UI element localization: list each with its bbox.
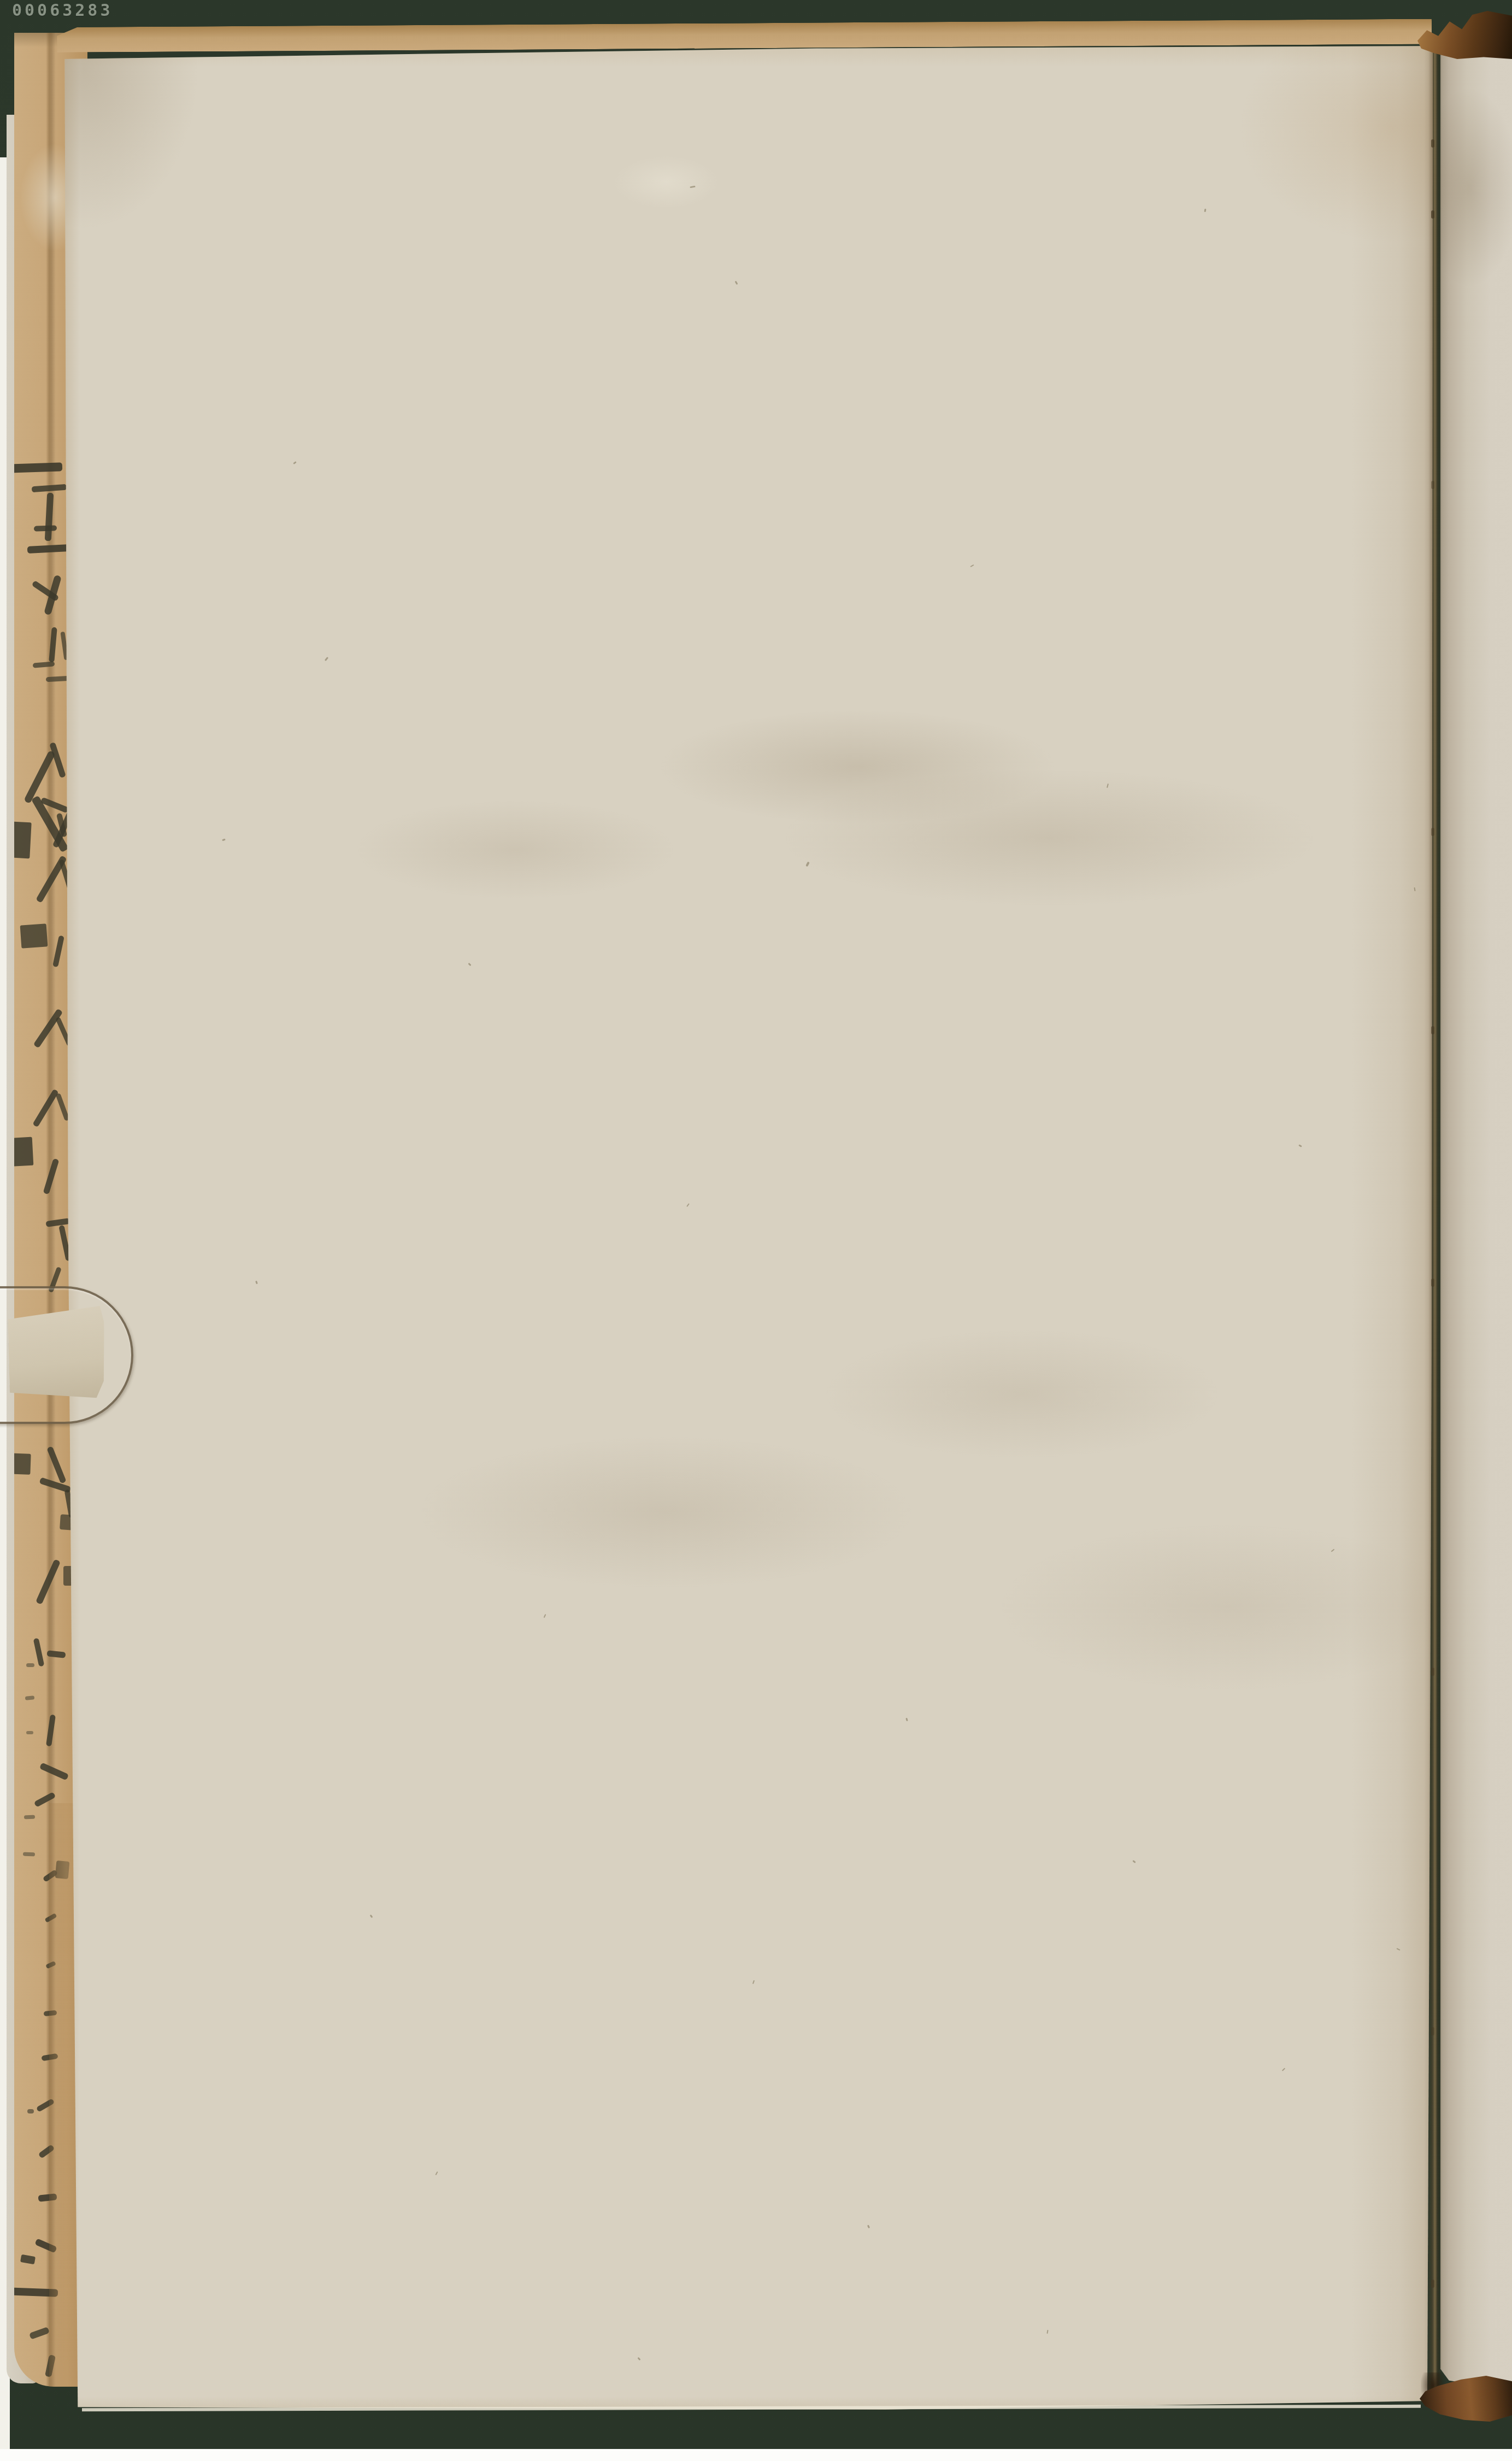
ink-layer-mark [33, 1008, 63, 1048]
ink-layer-mark [49, 627, 57, 663]
ink-layer-mark [32, 1089, 59, 1128]
stitch-dots [1431, 0, 1435, 2461]
ink-layer-mark [26, 1731, 33, 1734]
book-scan-photo: 00063283 [0, 0, 1512, 2461]
ink-layer-mark [33, 661, 55, 668]
ink-layer-mark [47, 1650, 66, 1658]
ink-layer-mark [26, 1663, 34, 1667]
ink-layer-mark [27, 544, 70, 554]
stitch-dots-mark [1431, 1279, 1434, 1287]
scan-bed-edge-bottom [0, 2449, 1512, 2461]
ink-layer-mark [23, 750, 56, 804]
ink-layer-mark [34, 525, 57, 531]
ink-layer-mark [25, 1695, 35, 1700]
ink-layer-mark [46, 676, 70, 682]
ink-layer-mark [24, 1815, 35, 1819]
ink-layer-mark [20, 2254, 36, 2264]
stitch-dots-mark [1431, 481, 1434, 489]
ink-layer-mark [20, 923, 48, 948]
stitch-dots-mark [1431, 139, 1434, 148]
ink-layer-mark [36, 1559, 61, 1604]
ink-layer-mark [55, 1093, 69, 1121]
ink-layer-mark [14, 1137, 33, 1167]
ink-layer-mark [23, 1852, 35, 1857]
ink-layer-mark [39, 1763, 69, 1781]
stitch-dots-mark [1431, 2280, 1434, 2288]
ink-layer-mark [45, 1218, 70, 1227]
ink-layer-mark [14, 821, 32, 859]
ink-layer-mark [29, 2327, 50, 2340]
facing-page [1440, 47, 1512, 2390]
archive-id-number: 00063283 [12, 1, 113, 20]
ink-layer-mark [33, 1638, 45, 1667]
stitch-dots-mark [1431, 210, 1434, 219]
ink-layer-mark [46, 1715, 56, 1747]
ink-layer-mark [32, 484, 67, 492]
ink-layer-mark [46, 1446, 66, 1483]
ink-layer-mark [52, 935, 64, 968]
ink-layer-mark [43, 1158, 60, 1194]
stitch-dots-mark [1431, 828, 1434, 836]
ink-layer-mark [14, 462, 62, 473]
ink-layer-mark [27, 2109, 34, 2113]
stitch-dots-mark [1431, 2027, 1434, 2035]
ink-layer-mark [45, 493, 54, 541]
stitch-dots-mark [1431, 1668, 1434, 1676]
ink-layer-mark [14, 1453, 31, 1475]
wire-clasp [0, 1286, 133, 1424]
blank-verso-page [63, 45, 1433, 2412]
stitch-dots-mark [1431, 1026, 1434, 1034]
